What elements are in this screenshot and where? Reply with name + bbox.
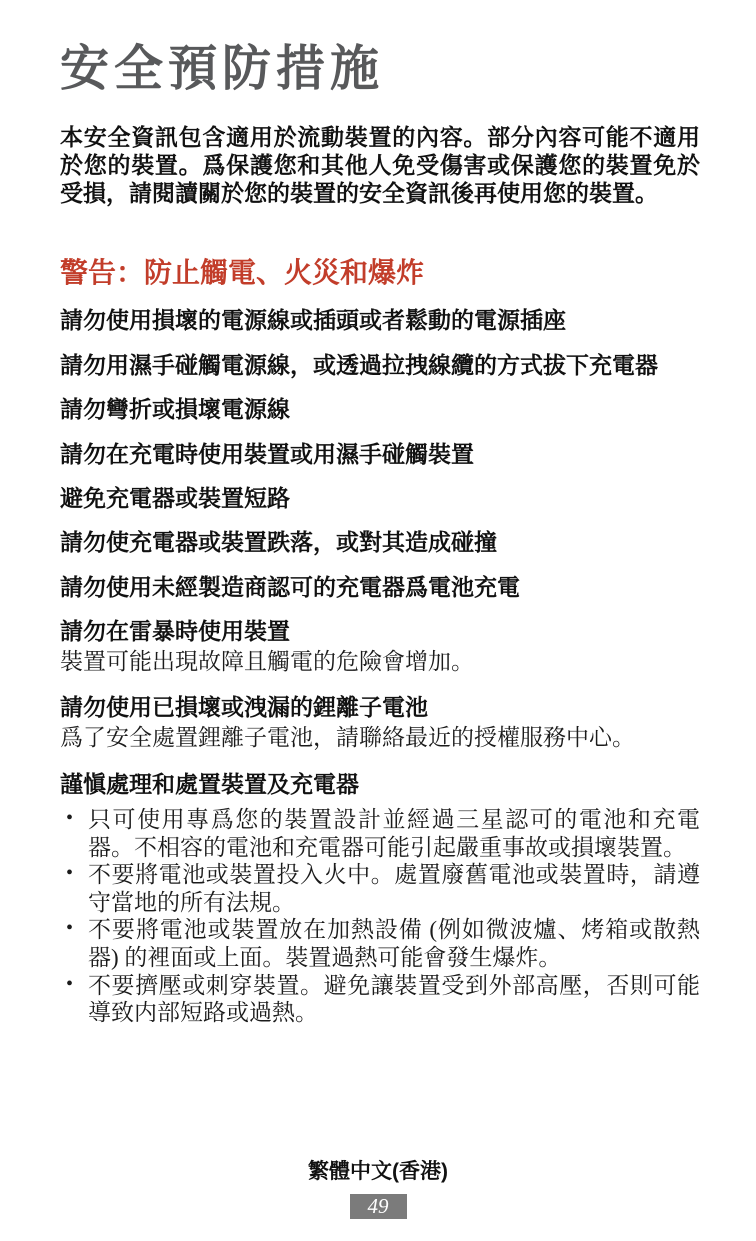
list-item: 不要將電池或裝置投入火中。處置廢舊電池或裝置時，請遵守當地的所有法規。: [60, 861, 700, 916]
safety-item: 請勿在雷暴時使用裝置 裝置可能出現故障且觸電的危險會增加。: [60, 618, 700, 676]
safety-item: 請勿使用損壞的電源線或插頭或者鬆動的電源插座: [60, 307, 700, 333]
safety-item: 請勿用濕手碰觸電源線，或透過拉拽線纜的方式拔下充電器: [60, 352, 700, 378]
safety-item-heading: 請勿在雷暴時使用裝置: [60, 618, 700, 644]
safety-item-heading: 請勿使充電器或裝置跌落，或對其造成碰撞: [60, 529, 700, 555]
safety-item-heading: 請勿用濕手碰觸電源線，或透過拉拽線纜的方式拔下充電器: [60, 352, 700, 378]
safety-item-body: 爲了安全處置鋰離子電池，請聯絡最近的授權服務中心。: [60, 724, 700, 753]
footer-language-label: 繁體中文(香港): [0, 1155, 756, 1185]
list-item: 只可使用專爲您的裝置設計並經過三星認可的電池和充電器。不相容的電池和充電器可能引…: [60, 806, 700, 861]
safety-item: 請勿彎折或損壞電源線: [60, 396, 700, 422]
list-item: 不要擠壓或刺穿裝置。避免讓裝置受到外部高壓，否則可能導致内部短路或過熱。: [60, 972, 700, 1027]
safety-item: 避免充電器或裝置短路: [60, 485, 700, 511]
safety-item-heading: 請勿彎折或損壞電源線: [60, 396, 700, 422]
safety-item: 謹愼處理和處置裝置及充電器 只可使用專爲您的裝置設計並經過三星認可的電池和充電器…: [60, 771, 700, 1027]
page-footer: 繁體中文(香港) 49: [0, 1155, 756, 1219]
safety-item: 請勿使用已損壞或洩漏的鋰離子電池 爲了安全處置鋰離子電池，請聯絡最近的授權服務中…: [60, 694, 700, 752]
safety-item-heading: 避免充電器或裝置短路: [60, 485, 700, 511]
intro-paragraph: 本安全資訊包含適用於流動裝置的內容。部分內容可能不適用於您的裝置。爲保護您和其他…: [60, 123, 700, 207]
safety-item: 請勿使充電器或裝置跌落，或對其造成碰撞: [60, 529, 700, 555]
safety-bullet-list: 只可使用專爲您的裝置設計並經過三星認可的電池和充電器。不相容的電池和充電器可能引…: [60, 806, 700, 1027]
safety-item-heading: 請勿使用損壞的電源線或插頭或者鬆動的電源插座: [60, 307, 700, 333]
safety-item: 請勿在充電時使用裝置或用濕手碰觸裝置: [60, 441, 700, 467]
warning-section-heading: 警告：防止觸電、火災和爆炸: [60, 257, 700, 289]
safety-item-heading: 謹愼處理和處置裝置及充電器: [60, 771, 700, 797]
manual-page: 安全預防措施 本安全資訊包含適用於流動裝置的內容。部分內容可能不適用於您的裝置。…: [0, 0, 756, 1241]
page-number-badge: 49: [350, 1194, 407, 1219]
page-title: 安全預防措施: [60, 42, 700, 97]
safety-item: 請勿使用未經製造商認可的充電器爲電池充電: [60, 574, 700, 600]
list-item: 不要將電池或裝置放在加熱設備 (例如微波爐、烤箱或散熱器) 的裡面或上面。裝置過…: [60, 916, 700, 971]
safety-item-heading: 請勿使用未經製造商認可的充電器爲電池充電: [60, 574, 700, 600]
safety-item-heading: 請勿使用已損壞或洩漏的鋰離子電池: [60, 694, 700, 720]
safety-item-body: 裝置可能出現故障且觸電的危險會增加。: [60, 648, 700, 677]
safety-item-heading: 請勿在充電時使用裝置或用濕手碰觸裝置: [60, 441, 700, 467]
